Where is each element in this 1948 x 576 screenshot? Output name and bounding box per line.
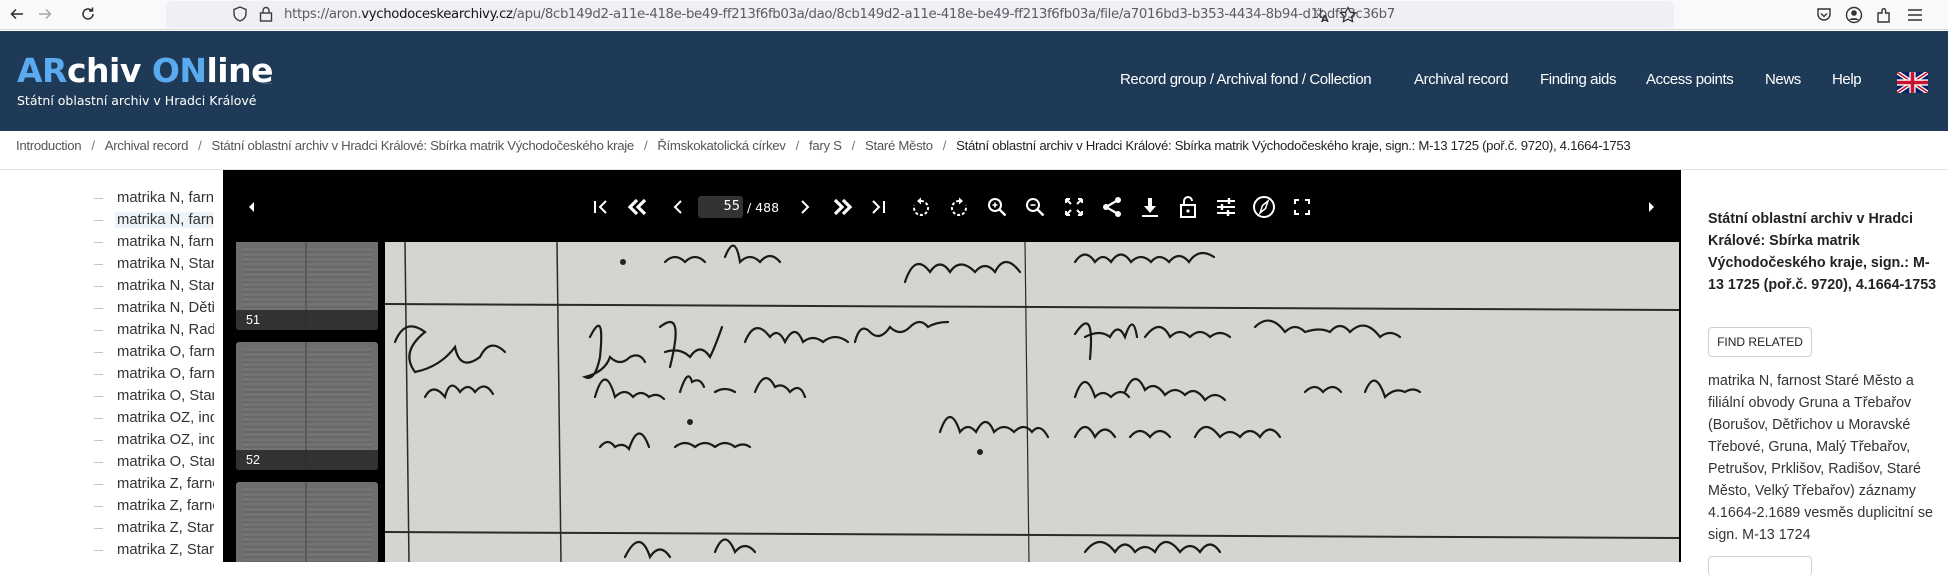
secondary-button[interactable] bbox=[1708, 556, 1812, 562]
breadcrumb-separator: / bbox=[943, 138, 946, 158]
tree-item-selected[interactable]: matrika N, farnost bbox=[94, 210, 214, 232]
nav-archival-record[interactable]: Archival record bbox=[1414, 71, 1508, 88]
tree-connector bbox=[94, 330, 103, 331]
fullscreen-button[interactable] bbox=[1287, 192, 1317, 222]
tree-connector bbox=[94, 264, 103, 265]
record-tree: matrika N, farnost matrika N, farnost ma… bbox=[94, 188, 214, 562]
pocket-icon bbox=[1815, 6, 1833, 24]
tree-item[interactable]: matrika O, farnost bbox=[94, 342, 214, 364]
tree-item[interactable]: matrika Z, Staré bbox=[94, 540, 214, 562]
download-button[interactable] bbox=[1135, 192, 1165, 222]
arrow-right-icon bbox=[37, 6, 53, 22]
compass-button[interactable] bbox=[1249, 192, 1279, 222]
breadcrumb-separator: / bbox=[198, 138, 201, 158]
prev-page-icon bbox=[668, 197, 688, 217]
nav-finding-aids[interactable]: Finding aids bbox=[1540, 71, 1616, 88]
tree-item[interactable]: matrika Z, farnost bbox=[94, 496, 214, 518]
zoom-in-button[interactable] bbox=[982, 192, 1012, 222]
thumbnail-spine bbox=[305, 482, 307, 562]
breadcrumb-separator: / bbox=[91, 138, 94, 158]
tree-item[interactable]: matrika N, farnost bbox=[94, 188, 214, 210]
first-page-icon bbox=[591, 197, 611, 217]
find-related-button[interactable]: FIND RELATED bbox=[1708, 327, 1812, 357]
tree-connector bbox=[94, 308, 103, 309]
reload-icon bbox=[80, 6, 96, 22]
puzzle-icon bbox=[1875, 6, 1893, 24]
thumbnail[interactable] bbox=[236, 482, 378, 562]
tree-connector bbox=[94, 528, 103, 529]
image-viewer: 55 / 488 bbox=[223, 170, 1681, 562]
thumbnail[interactable]: 51 bbox=[236, 242, 378, 330]
last-page-button[interactable] bbox=[863, 192, 893, 222]
fast-forward-button[interactable] bbox=[827, 192, 857, 222]
adjust-icon bbox=[1215, 196, 1237, 218]
scanned-page-image[interactable] bbox=[385, 242, 1679, 562]
page-number-input[interactable]: 55 bbox=[698, 196, 743, 218]
shield-icon[interactable] bbox=[231, 5, 249, 23]
url-bar[interactable]: https://aron.vychodoceskearchivy.cz/apu/… bbox=[166, 1, 1674, 28]
site-header: ARchiv ONline Státní oblastní archiv v H… bbox=[0, 31, 1948, 131]
next-page-icon bbox=[795, 197, 815, 217]
record-info-panel: Státní oblastní archiv v Hradci Králové:… bbox=[1690, 170, 1948, 562]
last-page-icon bbox=[868, 197, 888, 217]
tree-item[interactable]: matrika N, farnost bbox=[94, 232, 214, 254]
share-button[interactable] bbox=[1097, 192, 1127, 222]
arrow-left-icon bbox=[9, 6, 25, 22]
nav-help[interactable]: Help bbox=[1832, 71, 1861, 88]
tree-connector bbox=[94, 242, 103, 243]
tree-connector bbox=[94, 506, 103, 507]
star-icon[interactable] bbox=[1338, 5, 1358, 25]
first-page-button[interactable] bbox=[586, 192, 616, 222]
breadcrumb: Introduction / Archival record / Státní … bbox=[16, 138, 1630, 158]
breadcrumb-introduction[interactable]: Introduction bbox=[16, 138, 81, 158]
account-button[interactable] bbox=[1843, 4, 1865, 26]
fit-to-window-button[interactable] bbox=[1059, 192, 1089, 222]
tree-item[interactable]: matrika OZ, index bbox=[94, 430, 214, 452]
fast-back-button[interactable] bbox=[623, 192, 653, 222]
toggle-thumbnails-button[interactable] bbox=[237, 192, 267, 222]
url-text[interactable]: https://aron.vychodoceskearchivy.cz/apu/… bbox=[284, 7, 1395, 22]
prev-page-button[interactable] bbox=[663, 192, 693, 222]
tree-item[interactable]: matrika N, Dětřichov bbox=[94, 298, 214, 320]
record-title: Státní oblastní archiv v Hradci Králové:… bbox=[1708, 208, 1943, 296]
thumbnail-strip[interactable]: 51 52 bbox=[233, 242, 378, 562]
compass-icon bbox=[1252, 195, 1276, 219]
back-button[interactable] bbox=[6, 3, 28, 25]
thumbnail-image bbox=[242, 348, 372, 464]
thumbnail-image bbox=[242, 488, 372, 562]
rotate-right-button[interactable] bbox=[944, 192, 974, 222]
tree-item[interactable]: matrika N, Staré bbox=[94, 276, 214, 298]
account-icon bbox=[1845, 6, 1863, 24]
tree-connector bbox=[94, 484, 103, 485]
pocket-button[interactable] bbox=[1813, 4, 1835, 26]
svg-text:A: A bbox=[1321, 14, 1329, 25]
breadcrumb-current: Státní oblastní archiv v Hradci Králové:… bbox=[956, 138, 1630, 158]
nav-news[interactable]: News bbox=[1765, 71, 1801, 88]
adjust-button[interactable] bbox=[1211, 192, 1241, 222]
forward-button[interactable] bbox=[34, 3, 56, 25]
rotate-left-button[interactable] bbox=[906, 192, 936, 222]
tree-connector bbox=[94, 198, 103, 199]
thumbnail[interactable]: 52 bbox=[236, 342, 378, 470]
fit-icon bbox=[1063, 196, 1085, 218]
tree-item[interactable]: matrika N, Radišov bbox=[94, 320, 214, 342]
site-logo[interactable]: ARchiv ONline bbox=[17, 51, 273, 90]
caret-left-icon bbox=[247, 200, 257, 214]
breadcrumb-archival-record[interactable]: Archival record bbox=[105, 138, 188, 158]
lock-button[interactable] bbox=[1173, 192, 1203, 222]
thumbnail-number: 52 bbox=[236, 450, 378, 470]
lock-open-icon bbox=[1177, 195, 1199, 219]
breadcrumb-fary[interactable]: fary S bbox=[809, 138, 842, 158]
translate-icon[interactable]: 文A bbox=[1312, 5, 1332, 25]
page-total: / 488 bbox=[747, 200, 779, 215]
tree-connector bbox=[94, 286, 103, 287]
uk-flag-icon[interactable] bbox=[1897, 72, 1928, 93]
breadcrumb-separator: / bbox=[796, 138, 799, 158]
download-icon bbox=[1139, 196, 1161, 218]
tree-item[interactable]: matrika OZ, index bbox=[94, 408, 214, 430]
reload-button[interactable] bbox=[77, 3, 99, 25]
tree-connector bbox=[94, 374, 103, 375]
hamburger-icon bbox=[1906, 6, 1924, 24]
thumbnail-number: 51 bbox=[236, 310, 378, 330]
extensions-button[interactable] bbox=[1873, 4, 1895, 26]
fast-back-icon bbox=[627, 197, 649, 217]
tree-connector bbox=[94, 220, 103, 221]
viewer-toolbar: 55 / 488 bbox=[223, 170, 1681, 242]
logo-decoration bbox=[262, 83, 272, 84]
tree-connector bbox=[94, 396, 103, 397]
breadcrumb-church[interactable]: Římskokatolická církev bbox=[657, 138, 785, 158]
fast-forward-icon bbox=[831, 197, 853, 217]
tree-item[interactable]: matrika O, Staré bbox=[94, 386, 214, 408]
nav-record-group[interactable]: Record group / Archival fond / Collectio… bbox=[1120, 71, 1371, 88]
tree-connector bbox=[94, 440, 103, 441]
tree-connector bbox=[94, 352, 103, 353]
rotate-right-icon bbox=[948, 196, 970, 218]
lock-icon[interactable] bbox=[258, 5, 274, 23]
tree-item[interactable]: matrika Z, farnost bbox=[94, 474, 214, 496]
tree-item[interactable]: matrika Z, Staré bbox=[94, 518, 214, 540]
breadcrumb-collection[interactable]: Státní oblastní archiv v Hradci Králové:… bbox=[212, 138, 634, 158]
breadcrumb-stare-mesto[interactable]: Staré Město bbox=[865, 138, 933, 158]
breadcrumb-separator: / bbox=[644, 138, 647, 158]
share-icon bbox=[1101, 196, 1123, 218]
toggle-info-button[interactable] bbox=[1636, 192, 1666, 222]
menu-button[interactable] bbox=[1904, 4, 1926, 26]
tree-connector bbox=[94, 550, 103, 551]
site-subtitle: Státní oblastní archiv v Hradci Králové bbox=[17, 93, 256, 108]
breadcrumb-separator: / bbox=[852, 138, 855, 158]
fullscreen-icon bbox=[1292, 197, 1312, 217]
handwritten-register-image bbox=[385, 242, 1679, 562]
zoom-out-icon bbox=[1024, 196, 1046, 218]
nav-access-points[interactable]: Access points bbox=[1646, 71, 1733, 88]
rotate-left-icon bbox=[910, 196, 932, 218]
zoom-out-button[interactable] bbox=[1020, 192, 1050, 222]
tree-item[interactable]: matrika O, Staré bbox=[94, 452, 214, 474]
tree-item[interactable]: matrika N, Staré bbox=[94, 254, 214, 276]
tree-connector bbox=[94, 462, 103, 463]
tree-item[interactable]: matrika O, farnost bbox=[94, 364, 214, 386]
next-page-button[interactable] bbox=[790, 192, 820, 222]
tree-connector bbox=[94, 418, 103, 419]
browser-toolbar: https://aron.vychodoceskearchivy.cz/apu/… bbox=[0, 0, 1948, 30]
caret-right-icon bbox=[1646, 200, 1656, 214]
record-description: matrika N, farnost Staré Město a filiáln… bbox=[1708, 370, 1943, 546]
zoom-in-icon bbox=[986, 196, 1008, 218]
